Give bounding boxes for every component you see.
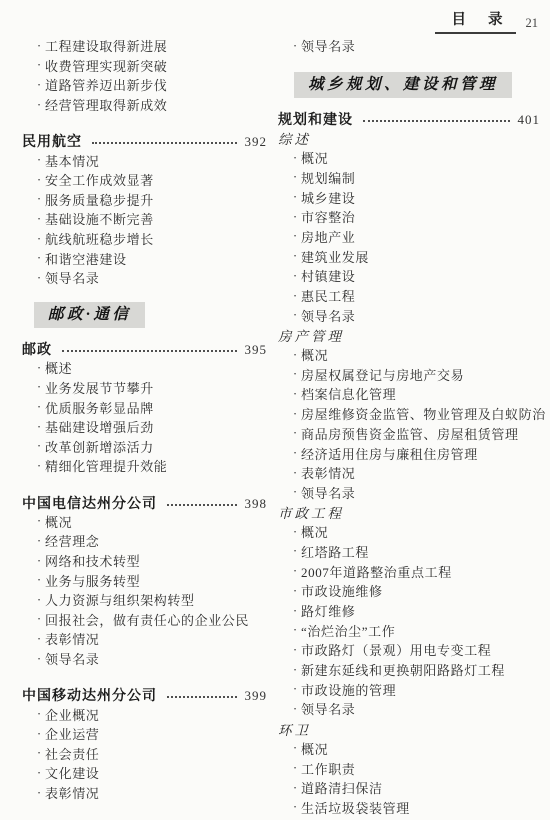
toc-item: ·路灯维修 bbox=[278, 601, 540, 621]
toc-item-label: 领导名录 bbox=[301, 36, 355, 55]
dot-leader bbox=[363, 120, 510, 122]
toc-item-label: 2007年道路整治重点工程 bbox=[301, 562, 452, 581]
toc-item: ·社会责任 bbox=[22, 744, 267, 764]
bullet-icon: · bbox=[289, 563, 301, 579]
toc-entry-page: 392 bbox=[245, 135, 268, 150]
bullet-icon: · bbox=[33, 572, 45, 588]
toc-item: ·安全工作成效显著 bbox=[22, 170, 267, 190]
toc-entry-page: 401 bbox=[518, 113, 541, 128]
bullet-icon: · bbox=[289, 347, 301, 363]
bullet-icon: · bbox=[289, 524, 301, 540]
toc-entry-title: 中国电信达州分公司 bbox=[22, 496, 157, 512]
bullet-icon: · bbox=[33, 533, 45, 549]
bullet-icon: · bbox=[33, 419, 45, 435]
toc-item: ·红塔路工程 bbox=[278, 542, 540, 562]
toc-item: ·企业概况 bbox=[22, 704, 267, 724]
bullet-icon: · bbox=[289, 228, 301, 244]
toc-item: ·经济适用住房与廉租住房管理 bbox=[278, 443, 540, 463]
toc-item: ·人力资源与组织架构转型 bbox=[22, 590, 267, 610]
bullet-icon: · bbox=[289, 268, 301, 284]
toc-item-label: 市政设施的管理 bbox=[301, 680, 396, 699]
toc-item: ·“治烂治尘”工作 bbox=[278, 620, 540, 640]
toc-item: ·概述 bbox=[22, 358, 267, 378]
bullet-icon: · bbox=[33, 270, 45, 286]
toc-item: ·道路清扫保洁 bbox=[278, 778, 540, 798]
bullet-icon: · bbox=[33, 250, 45, 266]
toc-item: ·工作职责 bbox=[278, 758, 540, 778]
toc-item-label: 领导名录 bbox=[301, 699, 355, 718]
toc-item: ·领导名录 bbox=[278, 36, 540, 56]
group-heading: 综述 bbox=[278, 128, 540, 148]
toc-item-label: 档案信息化管理 bbox=[301, 384, 396, 403]
bullet-icon: · bbox=[289, 366, 301, 382]
toc-item-label: 城乡建设 bbox=[301, 188, 355, 207]
toc-item: ·概况 bbox=[278, 345, 540, 365]
bullet-icon: · bbox=[289, 406, 301, 422]
toc-item-label: 航线航班稳步增长 bbox=[45, 229, 154, 248]
toc-item-label: 商品房预售资金监管、房屋租赁管理 bbox=[301, 424, 519, 443]
toc-item: ·优质服务彰显品牌 bbox=[22, 397, 267, 417]
bullet-icon: · bbox=[289, 583, 301, 599]
toc-entry-title: 民用航空 bbox=[22, 134, 82, 150]
bullet-icon: · bbox=[33, 438, 45, 454]
bullet-icon: · bbox=[289, 484, 301, 500]
page-header: 目 录 21 bbox=[0, 8, 538, 34]
toc-item-label: 市政路灯（景观）用电专变工程 bbox=[301, 640, 491, 659]
bullet-icon: · bbox=[289, 701, 301, 717]
toc-item: ·2007年道路整治重点工程 bbox=[278, 561, 540, 581]
toc-entry-page: 395 bbox=[245, 343, 268, 358]
dot-leader bbox=[62, 350, 237, 352]
bullet-icon: · bbox=[289, 603, 301, 619]
bullet-icon: · bbox=[289, 760, 301, 776]
toc-item-label: 建筑业发展 bbox=[301, 247, 369, 266]
bullet-icon: · bbox=[33, 726, 45, 742]
toc-item-label: 概况 bbox=[301, 345, 328, 364]
toc-item-label: 规划编制 bbox=[301, 168, 355, 187]
toc-item: ·表彰情况 bbox=[22, 783, 267, 803]
toc-item: ·文化建设 bbox=[22, 763, 267, 783]
bullet-icon: · bbox=[33, 513, 45, 529]
bullet-icon: · bbox=[33, 458, 45, 474]
toc-item: ·基础建设增强后劲 bbox=[22, 417, 267, 437]
toc-item-label: 工程建设取得新进展 bbox=[45, 36, 167, 55]
bullet-icon: · bbox=[33, 379, 45, 395]
toc-item-label: 领导名录 bbox=[45, 649, 99, 668]
bullet-icon: · bbox=[33, 57, 45, 73]
bullet-icon: · bbox=[289, 209, 301, 225]
toc-item: ·领导名录 bbox=[278, 483, 540, 503]
toc-entry: 规划和建设 401 bbox=[278, 108, 540, 128]
group-heading: 环卫 bbox=[278, 719, 540, 739]
right-column: ·领导名录 城乡规划、建设和管理 规划和建设 401 综述 ·概况 ·规划编制 … bbox=[278, 36, 540, 817]
toc-item: ·经营理念 bbox=[22, 531, 267, 551]
toc-item-label: 文化建设 bbox=[45, 763, 99, 782]
toc-entry-page: 399 bbox=[245, 689, 268, 704]
toc-item: ·档案信息化管理 bbox=[278, 384, 540, 404]
group-heading: 市政工程 bbox=[278, 502, 540, 522]
bullet-icon: · bbox=[33, 77, 45, 93]
toc-item: ·市政设施维修 bbox=[278, 581, 540, 601]
toc-item: ·服务质量稳步提升 bbox=[22, 190, 267, 210]
toc-item: ·市政设施的管理 bbox=[278, 679, 540, 699]
toc-item-label: 企业运营 bbox=[45, 724, 99, 743]
toc-item: ·惠民工程 bbox=[278, 286, 540, 306]
section-box-title: 邮政·通信 bbox=[34, 302, 145, 329]
toc-item-label: 领导名录 bbox=[301, 483, 355, 502]
toc-item-label: 道路管养迈出新步伐 bbox=[45, 75, 167, 94]
dot-leader bbox=[167, 696, 237, 698]
toc-item: ·城乡建设 bbox=[278, 187, 540, 207]
toc-item: ·概况 bbox=[278, 148, 540, 168]
toc-item: ·回报社会，做有责任心的企业公民 bbox=[22, 610, 267, 630]
toc-item: ·房屋维修资金监管、物业管理及白蚁防治 bbox=[278, 404, 540, 424]
bullet-icon: · bbox=[289, 445, 301, 461]
bullet-icon: · bbox=[289, 780, 301, 796]
bullet-icon: · bbox=[33, 231, 45, 247]
toc-item: ·经营管理取得新成效 bbox=[22, 95, 267, 115]
toc-item-label: 红塔路工程 bbox=[301, 542, 369, 561]
toc-item-label: 概述 bbox=[45, 358, 72, 377]
toc-item-label: 领导名录 bbox=[301, 306, 355, 325]
toc-item-label: 网络和技术转型 bbox=[45, 551, 140, 570]
bullet-icon: · bbox=[289, 189, 301, 205]
toc-item: ·表彰情况 bbox=[22, 629, 267, 649]
toc-item: ·新建东延线和更换朝阳路路灯工程 bbox=[278, 660, 540, 680]
toc-item: ·商品房预售资金监管、房屋租赁管理 bbox=[278, 424, 540, 444]
bullet-icon: · bbox=[33, 553, 45, 569]
toc-item: ·业务与服务转型 bbox=[22, 570, 267, 590]
toc-item: ·概况 bbox=[278, 739, 540, 759]
bullet-icon: · bbox=[33, 360, 45, 376]
bullet-icon: · bbox=[289, 38, 301, 54]
toc-item: ·网络和技术转型 bbox=[22, 551, 267, 571]
toc-item-label: 新建东延线和更换朝阳路路灯工程 bbox=[301, 660, 505, 679]
bullet-icon: · bbox=[289, 543, 301, 559]
toc-item: ·改革创新增添活力 bbox=[22, 436, 267, 456]
toc-item: ·工程建设取得新进展 bbox=[22, 36, 267, 56]
bullet-icon: · bbox=[289, 288, 301, 304]
bullet-icon: · bbox=[289, 740, 301, 756]
toc-item-label: 基础设施不断完善 bbox=[45, 209, 154, 228]
toc-item-label: 概况 bbox=[301, 739, 328, 758]
toc-item-label: 概况 bbox=[301, 148, 328, 167]
toc-item-label: 表彰情况 bbox=[301, 463, 355, 482]
toc-item: ·精细化管理提升效能 bbox=[22, 456, 267, 476]
toc-item-label: 安全工作成效显著 bbox=[45, 170, 154, 189]
toc-item-label: 经营管理取得新成效 bbox=[45, 95, 167, 114]
toc-item-label: 人力资源与组织架构转型 bbox=[45, 590, 195, 609]
bullet-icon: · bbox=[33, 745, 45, 761]
page-number: 21 bbox=[526, 16, 539, 34]
toc-item-label: 市容整治 bbox=[301, 207, 355, 226]
toc-item: ·市容整治 bbox=[278, 207, 540, 227]
toc-item-label: 惠民工程 bbox=[301, 286, 355, 305]
bullet-icon: · bbox=[33, 592, 45, 608]
toc-page: 目 录 21 ·工程建设取得新进展 ·收费管理实现新突破 ·道路管养迈出新步伐 … bbox=[0, 0, 550, 820]
toc-item: ·表彰情况 bbox=[278, 463, 540, 483]
toc-item: ·生活垃圾袋装管理 bbox=[278, 798, 540, 818]
bullet-icon: · bbox=[33, 706, 45, 722]
toc-item-label: 经济适用住房与廉租住房管理 bbox=[301, 444, 478, 463]
toc-item: ·基础设施不断完善 bbox=[22, 209, 267, 229]
toc-item: ·房屋权属登记与房地产交易 bbox=[278, 364, 540, 384]
bullet-icon: · bbox=[289, 622, 301, 638]
bullet-icon: · bbox=[289, 681, 301, 697]
section-box: 邮政·通信 bbox=[34, 302, 267, 329]
section-box-title: 城乡规划、建设和管理 bbox=[294, 72, 512, 99]
toc-item-label: 业务发展节节攀升 bbox=[45, 378, 154, 397]
bullet-icon: · bbox=[289, 642, 301, 658]
toc-entry: 中国移动达州分公司 399 bbox=[22, 684, 267, 704]
bullet-icon: · bbox=[289, 799, 301, 815]
toc-item-label: 房屋权属登记与房地产交易 bbox=[301, 365, 464, 384]
toc-item-label: 领导名录 bbox=[45, 268, 99, 287]
bullet-icon: · bbox=[33, 785, 45, 801]
toc-item: ·基本情况 bbox=[22, 150, 267, 170]
toc-entry-title: 规划和建设 bbox=[278, 112, 353, 128]
toc-item: ·概况 bbox=[22, 512, 267, 532]
group-heading: 房产管理 bbox=[278, 325, 540, 345]
toc-item: ·业务发展节节攀升 bbox=[22, 378, 267, 398]
toc-item-label: 社会责任 bbox=[45, 744, 99, 763]
bullet-icon: · bbox=[289, 150, 301, 166]
toc-entry: 邮政 395 bbox=[22, 338, 267, 358]
toc-item-label: 改革创新增添活力 bbox=[45, 437, 154, 456]
toc-item-label: 工作职责 bbox=[301, 759, 355, 778]
toc-entry: 民用航空 392 bbox=[22, 130, 267, 150]
bullet-icon: · bbox=[289, 662, 301, 678]
toc-item-label: 收费管理实现新突破 bbox=[45, 56, 167, 75]
toc-item-label: 路灯维修 bbox=[301, 601, 355, 620]
bullet-icon: · bbox=[289, 248, 301, 264]
bullet-icon: · bbox=[33, 765, 45, 781]
toc-item: ·领导名录 bbox=[278, 699, 540, 719]
bullet-icon: · bbox=[289, 465, 301, 481]
toc-item: ·规划编制 bbox=[278, 168, 540, 188]
toc-item-label: 房地产业 bbox=[301, 227, 355, 246]
bullet-icon: · bbox=[33, 172, 45, 188]
bullet-icon: · bbox=[33, 631, 45, 647]
bullet-icon: · bbox=[289, 169, 301, 185]
toc-item-label: 表彰情况 bbox=[45, 629, 99, 648]
bullet-icon: · bbox=[33, 211, 45, 227]
bullet-icon: · bbox=[289, 425, 301, 441]
toc-item-label: 精细化管理提升效能 bbox=[45, 456, 167, 475]
dot-leader bbox=[167, 504, 237, 506]
toc-item: ·建筑业发展 bbox=[278, 246, 540, 266]
toc-item-label: 业务与服务转型 bbox=[45, 571, 140, 590]
toc-entry-title: 中国移动达州分公司 bbox=[22, 688, 157, 704]
page-title: 目 录 bbox=[435, 8, 515, 34]
toc-item-label: 优质服务彰显品牌 bbox=[45, 398, 154, 417]
toc-item-label: 表彰情况 bbox=[45, 783, 99, 802]
bullet-icon: · bbox=[33, 651, 45, 667]
toc-item: ·道路管养迈出新步伐 bbox=[22, 75, 267, 95]
toc-item-label: 概况 bbox=[45, 512, 72, 531]
bullet-icon: · bbox=[33, 38, 45, 54]
toc-item: ·房地产业 bbox=[278, 227, 540, 247]
toc-item-label: 经营理念 bbox=[45, 531, 99, 550]
bullet-icon: · bbox=[33, 611, 45, 627]
dot-leader bbox=[92, 142, 237, 144]
toc-item-label: “治烂治尘”工作 bbox=[301, 621, 395, 640]
toc-item: ·收费管理实现新突破 bbox=[22, 56, 267, 76]
toc-item-label: 房屋维修资金监管、物业管理及白蚁防治 bbox=[301, 404, 546, 423]
bullet-icon: · bbox=[289, 307, 301, 323]
toc-item-label: 基础建设增强后劲 bbox=[45, 417, 154, 436]
bullet-icon: · bbox=[33, 191, 45, 207]
left-column: ·工程建设取得新进展 ·收费管理实现新突破 ·道路管养迈出新步伐 ·经营管理取得… bbox=[22, 36, 267, 802]
toc-item-label: 企业概况 bbox=[45, 705, 99, 724]
bullet-icon: · bbox=[33, 399, 45, 415]
toc-item-label: 村镇建设 bbox=[301, 266, 355, 285]
toc-item: ·航线航班稳步增长 bbox=[22, 229, 267, 249]
toc-entry: 中国电信达州分公司 398 bbox=[22, 492, 267, 512]
toc-entry-title: 邮政 bbox=[22, 342, 52, 358]
bullet-icon: · bbox=[33, 152, 45, 168]
toc-item-label: 市政设施维修 bbox=[301, 581, 383, 600]
toc-item: ·领导名录 bbox=[278, 305, 540, 325]
toc-item: ·村镇建设 bbox=[278, 266, 540, 286]
toc-item: ·领导名录 bbox=[22, 649, 267, 669]
bullet-icon: · bbox=[289, 386, 301, 402]
toc-item: ·和谐空港建设 bbox=[22, 248, 267, 268]
toc-item-label: 生活垃圾袋装管理 bbox=[301, 798, 410, 817]
toc-item-label: 和谐空港建设 bbox=[45, 249, 127, 268]
toc-item-label: 服务质量稳步提升 bbox=[45, 190, 154, 209]
toc-item-label: 基本情况 bbox=[45, 151, 99, 170]
bullet-icon: · bbox=[33, 97, 45, 113]
toc-entry-page: 398 bbox=[245, 497, 268, 512]
toc-item-label: 概况 bbox=[301, 522, 328, 541]
toc-item: ·概况 bbox=[278, 522, 540, 542]
toc-item: ·市政路灯（景观）用电专变工程 bbox=[278, 640, 540, 660]
toc-item: ·领导名录 bbox=[22, 268, 267, 288]
section-box: 城乡规划、建设和管理 bbox=[294, 72, 540, 99]
toc-item-label: 道路清扫保洁 bbox=[301, 778, 383, 797]
toc-item: ·企业运营 bbox=[22, 724, 267, 744]
toc-item-label: 回报社会，做有责任心的企业公民 bbox=[45, 610, 249, 629]
